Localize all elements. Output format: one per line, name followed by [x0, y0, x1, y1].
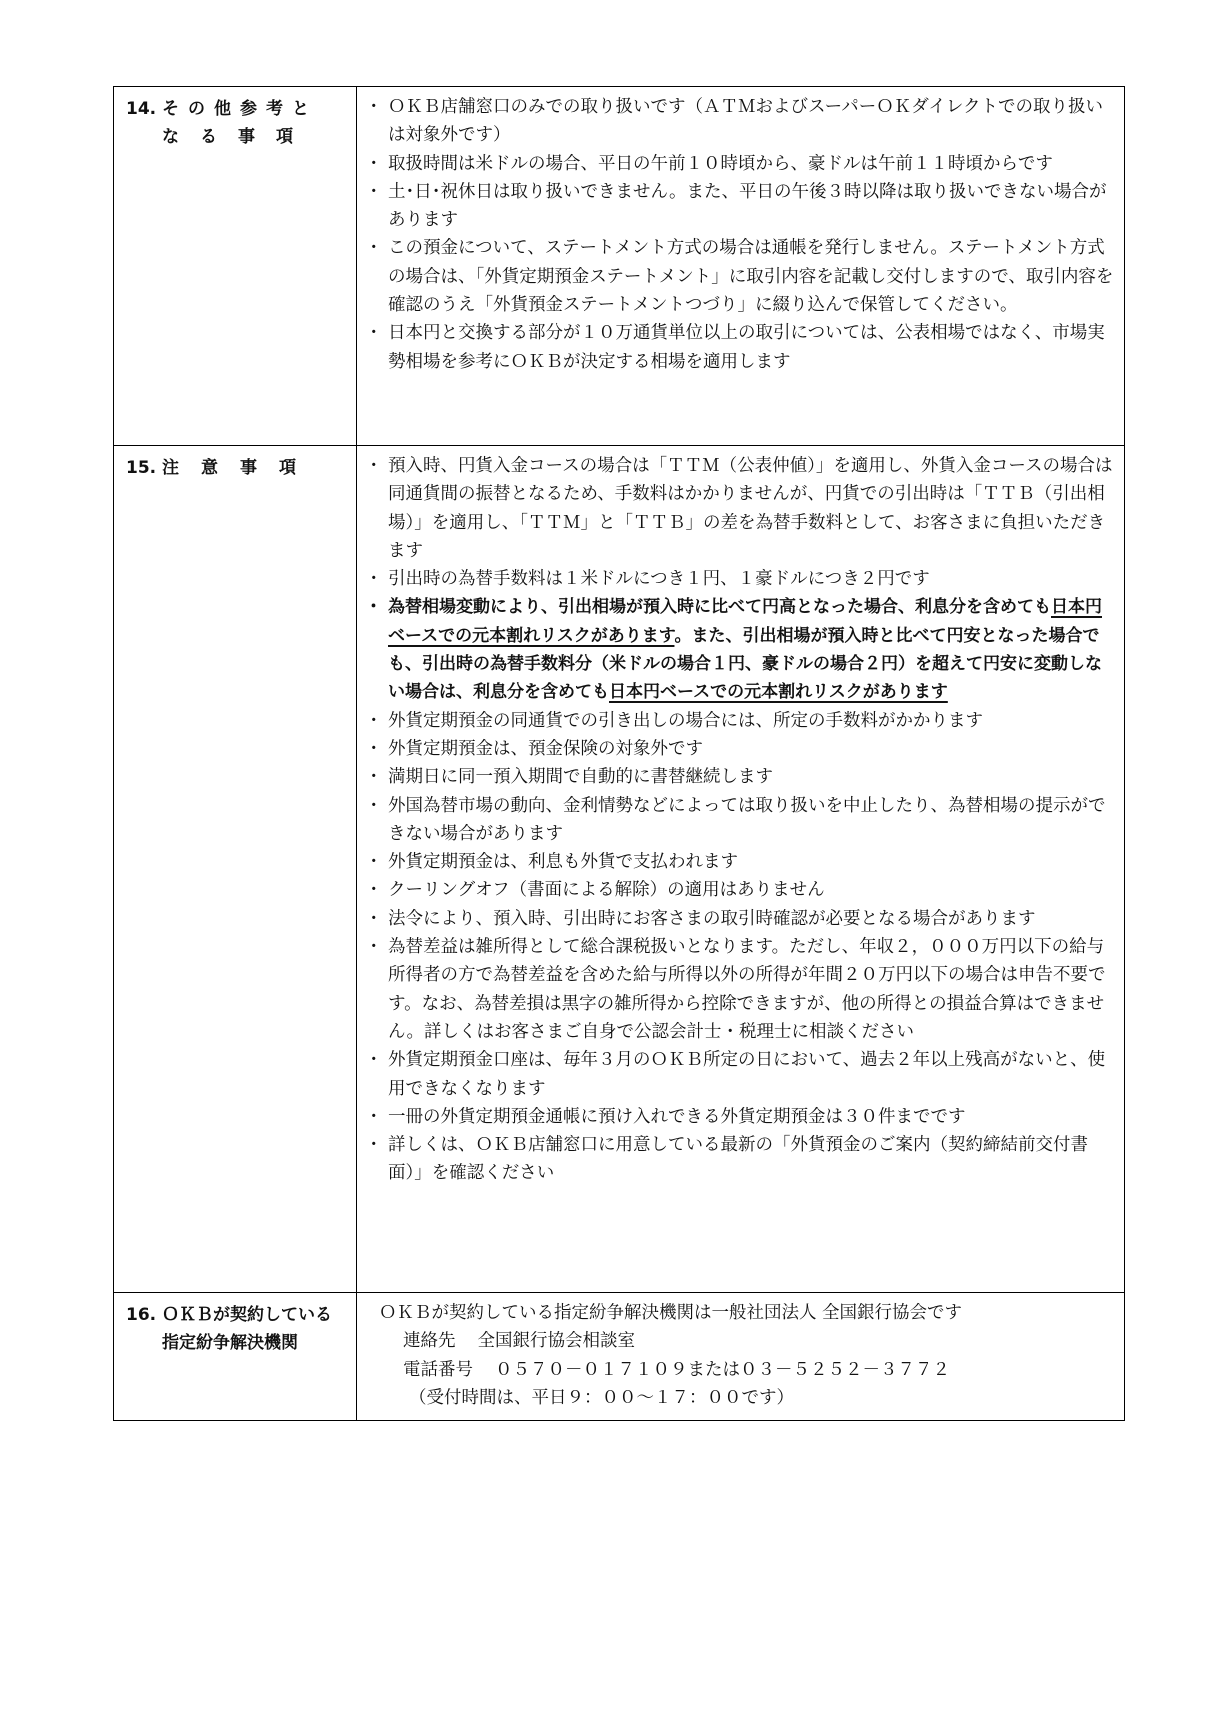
list-item: 土･日･祝休日は取り扱いできません。また、平日の午後３時以降は取り扱いできない場…	[365, 178, 1116, 235]
section-label-cell: 15.注意事項	[114, 446, 357, 1293]
section-body-cell: ＯＫＢが契約している指定紛争解決機関は一般社団法人 全国銀行協会です 連絡先全国…	[357, 1293, 1125, 1421]
phone-label: 電話番号	[403, 1360, 473, 1380]
list-item: ＯＫＢ店舗窓口のみでの取り扱いです（ＡＴＭおよびスーパーＯＫダイレクトでの取り扱…	[365, 93, 1116, 150]
section-label: 16.ＯＫＢが契約している 指定紛争解決機関	[114, 1293, 356, 1357]
phone-line: 電話番号０５７０－０１７１０９または０３－５２５２－３７７２	[365, 1356, 1116, 1384]
business-hours: （受付時間は、平日９：００～１７：００です）	[365, 1384, 1116, 1412]
list-item: 法令により、預入時、引出時にお客さまの取引時確認が必要となる場合があります	[365, 905, 1116, 933]
list-item: 外国為替市場の動向、金利情勢などによっては取り扱いを中止したり、為替相場の提示が…	[365, 792, 1116, 849]
list-item: 満期日に同一預入期間で自動的に書替継続します	[365, 763, 1116, 791]
list-item: 外貨定期預金口座は、毎年３月のＯＫＢ所定の日において、過去２年以上残高がないと、…	[365, 1046, 1116, 1103]
bullet-list: ＯＫＢ店舗窓口のみでの取り扱いです（ＡＴＭおよびスーパーＯＫダイレクトでの取り扱…	[365, 93, 1116, 376]
contact-label: 連絡先	[403, 1331, 456, 1351]
section-body-cell: ＯＫＢ店舗窓口のみでの取り扱いです（ＡＴＭおよびスーパーＯＫダイレクトでの取り扱…	[357, 87, 1125, 446]
section-number: 14.	[126, 95, 162, 123]
list-item: 引出時の為替手数料は１米ドルにつき１円、１豪ドルにつき２円です	[365, 565, 1116, 593]
section-number: 16.	[126, 1301, 162, 1329]
section-title-line1: 注意事項	[162, 458, 318, 478]
list-item: 外貨定期預金は、預金保険の対象外です	[365, 735, 1116, 763]
list-item: 詳しくは、ＯＫＢ店舗窓口に用意している最新の「外貨預金のご案内（契約締結前交付書…	[365, 1131, 1116, 1188]
section-number: 15.	[126, 454, 162, 482]
risk-text: 為替相場変動により、引出相場が預入時に比べて円高となった場合、利息分を含めても	[388, 597, 1051, 617]
list-item: 為替差益は雑所得として総合課税扱いとなります。ただし、年収２，０００万円以下の給…	[365, 933, 1116, 1046]
adr-intro: ＯＫＢが契約している指定紛争解決機関は一般社団法人 全国銀行協会です	[365, 1299, 1116, 1327]
terms-table: 14.その他参考と なる事項 ＯＫＢ店舗窓口のみでの取り扱いです（ＡＴＭおよびス…	[113, 86, 1125, 1421]
list-item: 外貨定期預金の同通貨での引き出しの場合には、所定の手数料がかかります	[365, 707, 1116, 735]
list-item: 外貨定期預金は、利息も外貨で支払われます	[365, 848, 1116, 876]
list-item: 預入時、円貨入金コースの場合は「ＴＴＭ（公表仲値）」を適用し、外貨入金コースの場…	[365, 452, 1116, 565]
list-item: クーリングオフ（書面による解除）の適用はありません	[365, 876, 1116, 904]
section-row-15: 15.注意事項 預入時、円貨入金コースの場合は「ＴＴＭ（公表仲値）」を適用し、外…	[114, 446, 1125, 1293]
section-label-cell: 14.その他参考と なる事項	[114, 87, 357, 446]
contact-value: 全国銀行協会相談室	[478, 1331, 636, 1351]
principal-loss-risk-underlined: 日本円ベースでの元本割れリスクがあります	[609, 682, 948, 702]
risk-warning-item: 為替相場変動により、引出相場が預入時に比べて円高となった場合、利息分を含めても日…	[365, 593, 1116, 706]
section-label-cell: 16.ＯＫＢが契約している 指定紛争解決機関	[114, 1293, 357, 1421]
section-label: 15.注意事項	[114, 446, 356, 482]
list-item: この預金について、ステートメント方式の場合は通帳を発行しません。ステートメント方…	[365, 234, 1116, 319]
bullet-list: 預入時、円貨入金コースの場合は「ＴＴＭ（公表仲値）」を適用し、外貨入金コースの場…	[365, 452, 1116, 1188]
phone-number: ０５７０－０１７１０９または０３－５２５２－３７７２	[495, 1360, 950, 1380]
section-title-line1: その他参考と	[162, 99, 318, 119]
section-title-line2: 指定紛争解決機関	[126, 1329, 346, 1357]
list-item: 日本円と交換する部分が１０万通貨単位以上の取引については、公表相場ではなく、市場…	[365, 319, 1116, 376]
section-title-line2: なる事項	[126, 123, 346, 151]
section-label: 14.その他参考と なる事項	[114, 87, 356, 151]
list-item: 取扱時間は米ドルの場合、平日の午前１０時頃から、豪ドルは午前１１時頃からです	[365, 150, 1116, 178]
section-title-line1: ＯＫＢが契約している	[162, 1305, 332, 1325]
section-body-cell: 預入時、円貨入金コースの場合は「ＴＴＭ（公表仲値）」を適用し、外貨入金コースの場…	[357, 446, 1125, 1293]
contact-line: 連絡先全国銀行協会相談室	[365, 1327, 1116, 1355]
section-row-16: 16.ＯＫＢが契約している 指定紛争解決機関 ＯＫＢが契約している指定紛争解決機…	[114, 1293, 1125, 1421]
list-item: 一冊の外貨定期預金通帳に預け入れできる外貨定期預金は３０件までです	[365, 1103, 1116, 1131]
section-row-14: 14.その他参考と なる事項 ＯＫＢ店舗窓口のみでの取り扱いです（ＡＴＭおよびス…	[114, 87, 1125, 446]
